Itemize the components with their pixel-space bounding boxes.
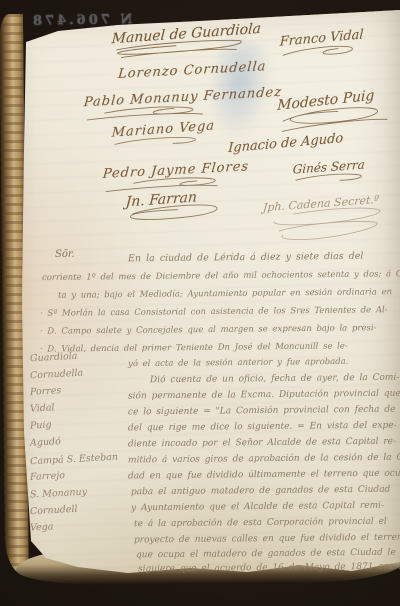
manuscript-line: sión permanente de la Excma. Diputación … bbox=[128, 388, 400, 401]
manuscript-line: diente incoado por el Señor Alcalde de e… bbox=[128, 437, 396, 450]
manuscript-line: · Sª Morlán la casa Consistorial con asi… bbox=[40, 305, 388, 319]
manuscript-line: En la ciudad de Lérida á diez y siete di… bbox=[128, 251, 363, 264]
manuscript-line: · D. Vidal, dencia del primer Teniente D… bbox=[40, 341, 348, 354]
attendee-name: Vega bbox=[30, 521, 54, 533]
manuscript-line: proyecto de nuevas calles en que fue div… bbox=[134, 533, 400, 546]
signature-puig: Modesto Puig bbox=[276, 86, 389, 133]
manuscript-line: y Ayuntamiento que el Alcalde de esta Ca… bbox=[131, 501, 384, 514]
manuscript-line: del que rige me dice lo siguiente. = En … bbox=[128, 421, 397, 434]
manuscript-line: paba el antiguo matadero de ganados de e… bbox=[131, 485, 390, 498]
attendee-name: Agudó bbox=[30, 436, 61, 449]
manuscript-line: corriente 1º del mes de Diciembre del añ… bbox=[42, 269, 400, 283]
signature-farran: Jn. Farran bbox=[125, 188, 223, 225]
attendee-name: S. Monanuy bbox=[30, 487, 88, 501]
page-content: N 706.478 Manuel de Guardiola Franco Vid… bbox=[0, 0, 400, 606]
manuscript-line: yó el acta de la sesión anterior y fue a… bbox=[128, 357, 349, 369]
signature-jayme-flores: Pedro Jayme Flores bbox=[102, 159, 250, 194]
signature-vidal: Franco Vidal bbox=[279, 27, 365, 61]
attendee-name: Cornudella bbox=[30, 368, 84, 382]
manuscript-line: te á la aprobación de esta Corporación p… bbox=[134, 517, 387, 530]
attendee-name: Farrejo bbox=[30, 470, 66, 483]
manuscript-line: ta y una; bajo el Mediodía; Ayuntamiento… bbox=[58, 287, 392, 300]
attendee-name: Vidal bbox=[30, 402, 55, 414]
signature-vega: Mariano Vega bbox=[111, 118, 216, 150]
manuscript-line: dad en que fue dividido últimamente el t… bbox=[128, 469, 400, 482]
manuscript-line: siguiere que el acuerdo de 16 de Mayo de… bbox=[138, 562, 400, 575]
manuscript-line: Dió cuenta de un oficio, fecha de ayer, … bbox=[150, 373, 399, 386]
attendee-name: Cornudell bbox=[30, 504, 78, 517]
manuscript-line: que ocupa el matadero de ganados de esta… bbox=[136, 548, 396, 561]
manuscript-photo: N 706.478 Manuel de Guardiola Franco Vid… bbox=[0, 0, 400, 606]
margin-opening-label: Sõr. bbox=[55, 249, 75, 260]
attendee-name: Puig bbox=[30, 419, 52, 431]
manuscript-line: · D. Campo salete y Concejales que al ma… bbox=[40, 323, 377, 337]
manuscript-line: ce lo siguiente = "La Comisión provincia… bbox=[128, 405, 396, 418]
attendee-name: Porres bbox=[30, 385, 62, 398]
manuscript-line: mitido á varios giros de aprobación de l… bbox=[128, 452, 400, 465]
mirrored-number-stamp: N 706.478 bbox=[30, 12, 132, 29]
signature-secretary: Jph. Cadena Secret.º bbox=[263, 193, 386, 246]
signature-serra: Ginés Serra bbox=[292, 158, 366, 187]
attendee-name: Campá S. Esteban bbox=[30, 452, 118, 468]
